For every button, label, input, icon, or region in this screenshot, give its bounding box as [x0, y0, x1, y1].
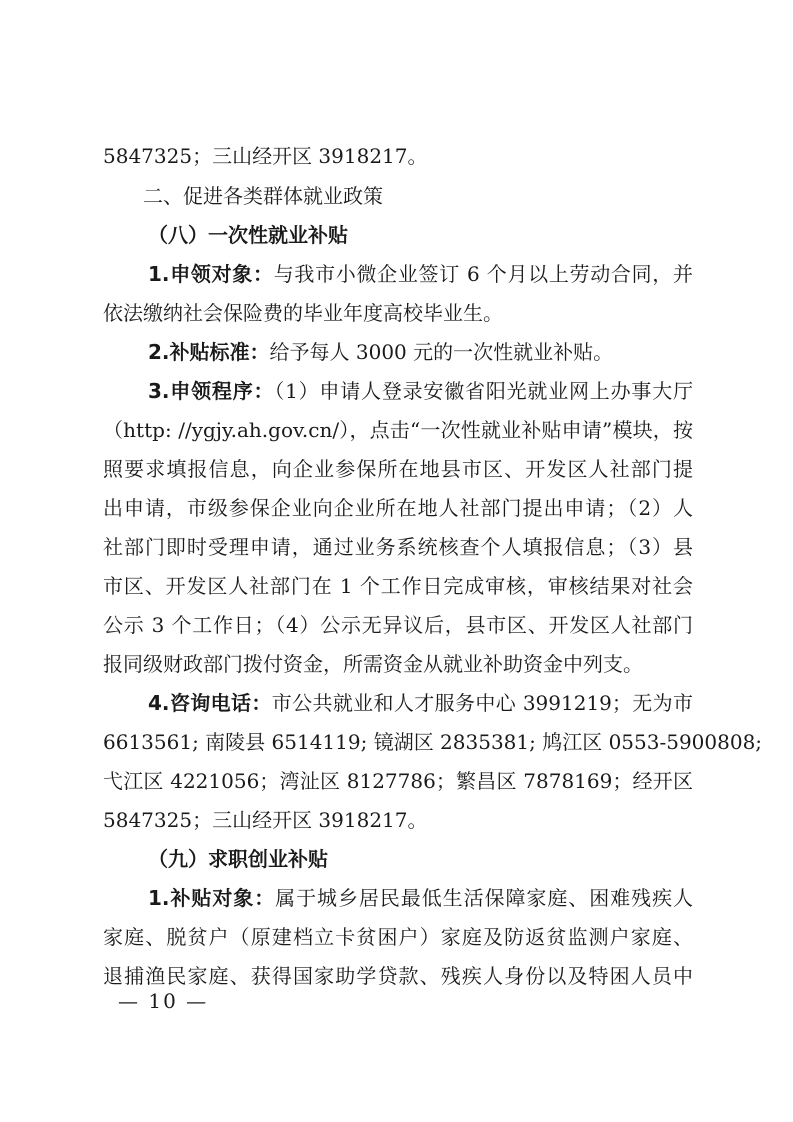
text-line: 报同级财政部门拨付资金，所需资金从就业补助资金中列支。 [103, 651, 693, 677]
item-text: （1）申请人登录安徽省阳光就业网上办事大厅 [274, 379, 693, 403]
document-page: 5847325；三山经开区 3918217。 二、促进各类群体就业政策 （八）一… [0, 0, 793, 1122]
text-line: 2.补贴标准：给予每人 3000 元的一次性就业补贴。 [148, 339, 693, 365]
text-line: 退捕渔民家庭、获得国家助学贷款、残疾人身份以及特困人员中 [103, 963, 693, 989]
text-line: 市区、开发区人社部门在 1 个工作日完成审核，审核结果对社会 [103, 573, 693, 599]
text-line: 家庭、脱贫户（原建档立卡贫困户）家庭及防返贫监测户家庭、 [103, 924, 693, 950]
text-line: 社部门即时受理申请，通过业务系统核查个人填报信息；（3）县 [103, 534, 693, 560]
section-heading: 二、促进各类群体就业政策 [143, 183, 693, 209]
item-label: 2.补贴标准： [148, 340, 270, 364]
item-label: 4.咨询电话： [148, 691, 272, 715]
subsection-heading: （八）一次性就业补贴 [148, 222, 693, 248]
text-line: 出申请，市级参保企业向企业所在地人社部门提出申请；（2）人 [103, 495, 693, 521]
item-label: 1.补贴对象： [148, 886, 275, 910]
page-number: — 10 — [118, 988, 208, 1014]
item-text: 与我市小微企业签订 6 个月以上劳动合同，并 [274, 262, 693, 286]
text-line: 弋江区 4221056；湾沚区 8127786；繁昌区 7878169；经开区 [103, 768, 693, 794]
text-line: 5847325；三山经开区 3918217。 [103, 143, 693, 169]
text-line: 照要求填报信息，向企业参保所在地县市区、开发区人社部门提 [103, 456, 693, 482]
text-line: 公示 3 个工作日；（4）公示无异议后，县市区、开发区人社部门 [103, 612, 693, 638]
text-line: 1.补贴对象：属于城乡居民最低生活保障家庭、困难残疾人 [148, 885, 693, 911]
item-text: 给予每人 3000 元的一次性就业补贴。 [270, 340, 614, 364]
item-label: 1.申领对象： [148, 262, 274, 286]
text-line: 6613561; 南陵县 6514119; 镜湖区 2835381; 鸠江区 0… [103, 729, 693, 755]
text-line: 依法缴纳社会保险费的毕业年度高校毕业生。 [103, 300, 693, 326]
text-line: 4.咨询电话：市公共就业和人才服务中心 3991219；无为市 [148, 690, 693, 716]
item-text: 属于城乡居民最低生活保障家庭、困难残疾人 [275, 886, 693, 910]
text-line: （http: //ygjy.ah.gov.cn/），点击“一次性就业补贴申请”模… [103, 417, 693, 443]
item-text: 市公共就业和人才服务中心 3991219；无为市 [272, 691, 693, 715]
text-line: 3.申领程序：（1）申请人登录安徽省阳光就业网上办事大厅 [148, 378, 693, 404]
item-label: 3.申领程序： [148, 379, 274, 403]
text-line: 1.申领对象：与我市小微企业签订 6 个月以上劳动合同，并 [148, 261, 693, 287]
text-line: 5847325；三山经开区 3918217。 [103, 807, 693, 833]
subsection-heading: （九）求职创业补贴 [148, 846, 693, 872]
